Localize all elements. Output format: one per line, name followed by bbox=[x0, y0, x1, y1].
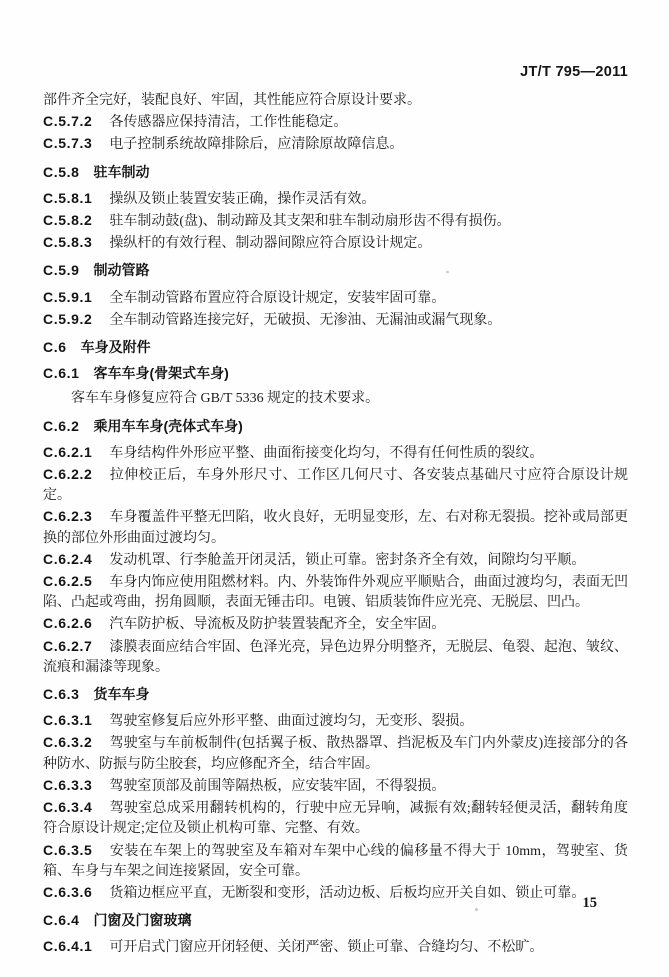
clause-text: 车身及附件 bbox=[81, 339, 151, 355]
page-header: JT/T 795—2011 bbox=[43, 63, 628, 81]
clause-text: 部件齐全完好，装配良好、牢固，其性能应符合原设计要求。 bbox=[43, 93, 421, 108]
text-line: C.6.2.4发动机罩、行李舱盖开闭灵活，锁止可靠。密封条齐全有效，间隙均匀平顺… bbox=[43, 549, 628, 571]
clause-text: 驾驶室与车前板制件(包括翼子板、散热器罩、挡泥板及车门内外蒙皮)连接部分的各种防… bbox=[43, 736, 628, 771]
text-line: C.6.2乘用车车身(壳体式车身) bbox=[43, 416, 628, 436]
text-line: C.6.2.7漆膜表面应结合牢固、色泽光亮，异色边界分明整齐，无脱层、龟裂、起泡… bbox=[43, 636, 628, 678]
text-line: C.6.3.4驾驶室总成采用翻转机构的，行驶中应无异响，减振有效;翻转轻便灵活，… bbox=[43, 797, 628, 839]
clause-number: C.6.2.1 bbox=[43, 444, 92, 460]
clause-number: C.5.7.2 bbox=[43, 113, 92, 129]
document-page: JT/T 795—2011 部件齐全完好，装配良好、牢固，其性能应符合原设计要求… bbox=[0, 0, 669, 977]
clause-text: 电子控制系统故障排除后，应清除原故障信息。 bbox=[109, 137, 403, 152]
page-footer: 15 bbox=[43, 895, 597, 912]
clause-text: 门窗及门窗玻璃 bbox=[93, 912, 191, 928]
text-line: 部件齐全完好，装配良好、牢固，其性能应符合原设计要求。 bbox=[43, 91, 628, 111]
text-line: C.6.2.6汽车防护板、导流板及防护装置装配齐全，安全牢固。 bbox=[43, 613, 628, 635]
clause-number: C.6.3.4 bbox=[43, 799, 92, 815]
clause-text: 驾驶室顶部及前围等隔热板，应安装牢固，不得裂损。 bbox=[109, 779, 445, 794]
clause-number: C.5.9 bbox=[43, 262, 79, 278]
clause-number: C.5.7.3 bbox=[43, 135, 92, 151]
clause-text: 驾驶室修复后应外形平整、曲面过渡均匀，无变形、裂损。 bbox=[109, 714, 473, 729]
document-body: 部件齐全完好，装配良好、牢固，其性能应符合原设计要求。 C.5.7.2各传感器应… bbox=[43, 91, 628, 959]
clause-text: 乘用车车身(壳体式车身) bbox=[93, 418, 242, 434]
text-line: C.6.2.2拉伸校正后，车身外形尺寸、工作区几何尺寸、各安装点基础尺寸应符合原… bbox=[43, 464, 628, 506]
clause-text: 各传感器应保持清洁，工作性能稳定。 bbox=[109, 115, 347, 130]
clause-number: C.6.3.1 bbox=[43, 712, 92, 728]
clause-text: 客车车身修复应符合 GB/T 5336 规定的技术要求。 bbox=[71, 391, 379, 406]
clause-number: C.5.9.1 bbox=[43, 289, 92, 305]
clause-text: 操纵杆的有效行程、制动器间隙应符合原设计规定。 bbox=[109, 236, 431, 251]
text-line: C.5.7.3电子控制系统故障排除后，应清除原故障信息。 bbox=[43, 133, 628, 155]
clause-text: 全车制动管路连接完好，无破损、无渗油、无漏油或漏气现象。 bbox=[109, 313, 501, 328]
clause-text: 货车车身 bbox=[93, 686, 149, 702]
text-line: C.6.1客车车身(骨架式车身) bbox=[43, 363, 628, 383]
clause-number: C.6.2.5 bbox=[43, 573, 92, 589]
text-line: C.6车身及附件 bbox=[43, 337, 628, 357]
clause-number: C.6.2.3 bbox=[43, 508, 92, 524]
text-line: C.6.2.5车身内饰应使用阻燃材料。内、外装饰件外观应平顺贴合，曲面过渡均匀，… bbox=[43, 571, 628, 613]
text-line: C.6.3.1驾驶室修复后应外形平整、曲面过渡均匀，无变形、裂损。 bbox=[43, 710, 628, 732]
scan-speckle bbox=[446, 271, 449, 273]
text-line: C.5.8驻车制动 bbox=[43, 162, 628, 182]
clause-number: C.6.4.1 bbox=[43, 938, 92, 954]
clause-text: 客车车身(骨架式车身) bbox=[93, 365, 228, 381]
text-line: C.6.3.5安装在车架上的驾驶室及车箱对车架中心线的偏移量不得大于 10mm，… bbox=[43, 840, 628, 882]
text-line: C.6.2.3车身覆盖件平整无凹陷，收火良好，无明显变形，左、右对称无裂损。挖补… bbox=[43, 506, 628, 548]
clause-number: C.5.8.3 bbox=[43, 234, 92, 250]
clause-text: 操纵及锁止装置安装正确，操作灵活有效。 bbox=[109, 192, 375, 207]
clause-number: C.6.3.3 bbox=[43, 777, 92, 793]
text-line: C.6.4.1可开启式门窗应开闭轻便、关闭严密、锁止可靠、合缝均匀、不松旷。 bbox=[43, 936, 628, 958]
clause-text: 驾驶室总成采用翻转机构的，行驶中应无异响，减振有效;翻转轻便灵活，翻转角度符合原… bbox=[43, 801, 628, 836]
text-line: C.5.8.1操纵及锁止装置安装正确，操作灵活有效。 bbox=[43, 188, 628, 210]
clause-text: 车身内饰应使用阻燃材料。内、外装饰件外观应平顺贴合，曲面过渡均匀，表面无凹陷、凸… bbox=[43, 575, 628, 610]
clause-text: 拉伸校正后，车身外形尺寸、工作区几何尺寸、各安装点基础尺寸应符合原设计规定。 bbox=[43, 468, 628, 503]
clause-number: C.6.2.4 bbox=[43, 551, 92, 567]
clause-number: C.5.9.2 bbox=[43, 311, 92, 327]
clause-number: C.6.3.5 bbox=[43, 842, 92, 858]
clause-number: C.5.8.2 bbox=[43, 212, 92, 228]
clause-number: C.6.2 bbox=[43, 418, 79, 434]
clause-number: C.6.2.6 bbox=[43, 615, 92, 631]
text-line: C.6.4门窗及门窗玻璃 bbox=[43, 910, 628, 930]
clause-number: C.6.1 bbox=[43, 365, 79, 381]
clause-text: 驻车制动 bbox=[93, 164, 149, 180]
text-line: C.5.7.2各传感器应保持清洁，工作性能稳定。 bbox=[43, 111, 628, 133]
clause-number: C.6.2.7 bbox=[43, 638, 92, 654]
clause-text: 可开启式门窗应开闭轻便、关闭严密、锁止可靠、合缝均匀、不松旷。 bbox=[109, 940, 543, 955]
clause-text: 全车制动管路布置应符合原设计规定，安装牢固可靠。 bbox=[109, 291, 445, 306]
scan-speckle bbox=[530, 455, 532, 457]
text-line: C.5.9.2全车制动管路连接完好，无破损、无渗油、无漏油或漏气现象。 bbox=[43, 309, 628, 331]
clause-number: C.6 bbox=[43, 339, 67, 355]
standard-number: JT/T 795—2011 bbox=[520, 64, 628, 80]
page-number: 15 bbox=[583, 895, 598, 911]
clause-number: C.6.3 bbox=[43, 686, 79, 702]
clause-number: C.6.3.2 bbox=[43, 734, 92, 750]
clause-text: 安装在车架上的驾驶室及车箱对车架中心线的偏移量不得大于 10mm，驾驶室、货箱、… bbox=[43, 844, 628, 879]
clause-number: C.5.8 bbox=[43, 164, 79, 180]
text-line: C.6.3.2驾驶室与车前板制件(包括翼子板、散热器罩、挡泥板及车门内外蒙皮)连… bbox=[43, 732, 628, 774]
clause-text: 车身覆盖件平整无凹陷，收火良好，无明显变形，左、右对称无裂损。挖补或局部更换的部… bbox=[43, 510, 628, 545]
text-line: 客车车身修复应符合 GB/T 5336 规定的技术要求。 bbox=[43, 389, 628, 409]
clause-text: 发动机罩、行李舱盖开闭灵活，锁止可靠。密封条齐全有效，间隙均匀平顺。 bbox=[109, 553, 585, 568]
text-line: C.6.2.1车身结构件外形应平整、曲面衔接变化均匀，不得有任何性质的裂纹。 bbox=[43, 442, 628, 464]
text-line: C.6.3货车车身 bbox=[43, 684, 628, 704]
text-line: C.5.8.2驻车制动鼓(盘)、制动蹄及其支架和驻车制动扇形齿不得有损伤。 bbox=[43, 210, 628, 232]
text-line: C.6.3.3驾驶室顶部及前围等隔热板，应安装牢固，不得裂损。 bbox=[43, 775, 628, 797]
clause-number: C.6.2.2 bbox=[43, 466, 92, 482]
clause-number: C.6.4 bbox=[43, 912, 79, 928]
clause-number: C.5.8.1 bbox=[43, 190, 92, 206]
text-line: C.5.8.3操纵杆的有效行程、制动器间隙应符合原设计规定。 bbox=[43, 232, 628, 254]
clause-text: 制动管路 bbox=[93, 262, 149, 278]
text-line: C.5.9.1全车制动管路布置应符合原设计规定，安装牢固可靠。 bbox=[43, 287, 628, 309]
clause-text: 车身结构件外形应平整、曲面衔接变化均匀，不得有任何性质的裂纹。 bbox=[109, 446, 543, 461]
clause-text: 漆膜表面应结合牢固、色泽光亮，异色边界分明整齐，无脱层、龟裂、起泡、皱纹、流痕和… bbox=[43, 640, 628, 675]
text-line: C.5.9制动管路 bbox=[43, 260, 628, 280]
clause-text: 驻车制动鼓(盘)、制动蹄及其支架和驻车制动扇形齿不得有损伤。 bbox=[109, 214, 510, 229]
clause-text: 汽车防护板、导流板及防护装置装配齐全，安全牢固。 bbox=[109, 617, 445, 632]
scan-speckle bbox=[475, 908, 478, 911]
